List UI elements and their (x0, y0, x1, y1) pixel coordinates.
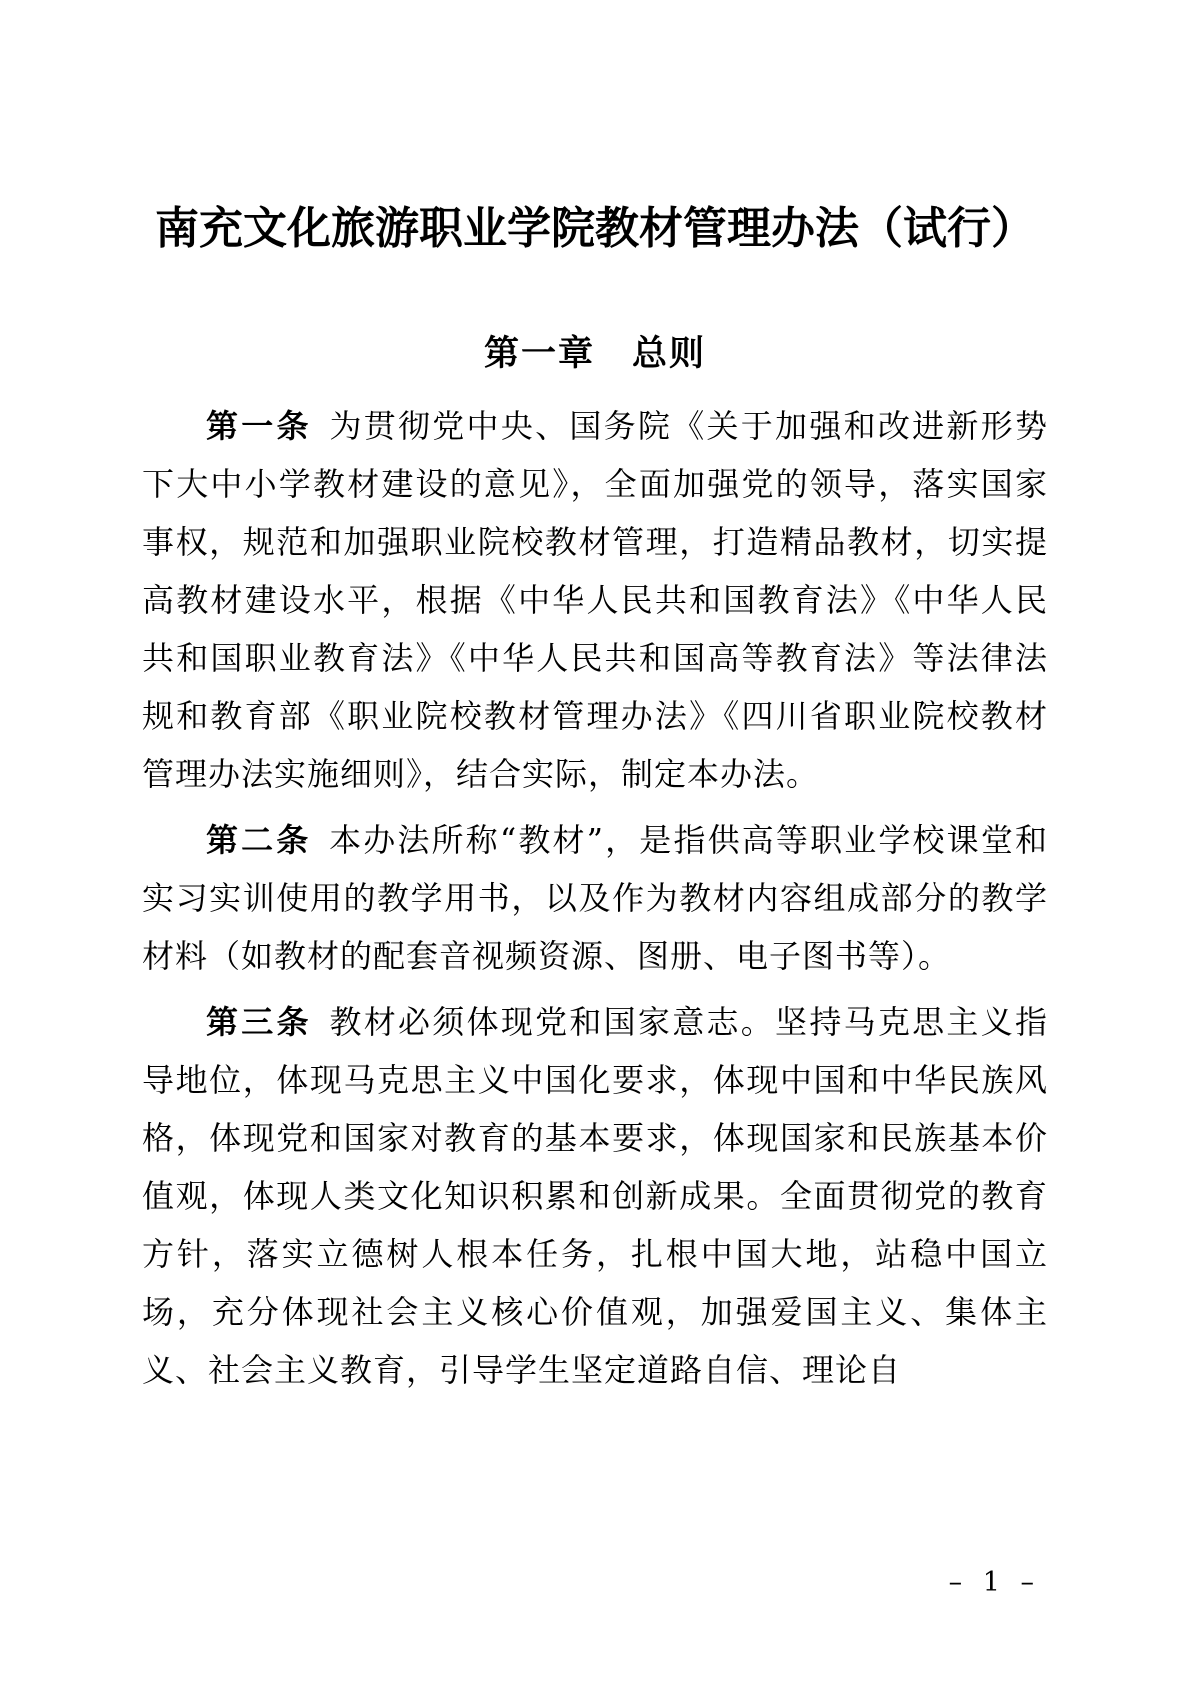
document-title: 南充文化旅游职业学院教材管理办法（试行） (142, 197, 1048, 261)
article-2-number: 第二条 (206, 821, 311, 859)
chapter-heading: 第一章 总则 (142, 330, 1048, 378)
page-number: – 1 – (949, 1566, 1040, 1600)
article-paragraph-1: 第一条为贯彻党中央、国务院《关于加强和改进新形势下大中小学教材建设的意见》，全面… (142, 397, 1048, 803)
article-3-number: 第三条 (206, 1003, 312, 1041)
article-3-text: 教材必须体现党和国家意志。坚持马克思主义指导地位，体现马克思主义中国化要求，体现… (142, 1003, 1048, 1389)
article-1-text: 为贯彻党中央、国务院《关于加强和改进新形势下大中小学教材建设的意见》，全面加强党… (142, 407, 1048, 793)
article-paragraph-3: 第三条教材必须体现党和国家意志。坚持马克思主义指导地位，体现马克思主义中国化要求… (142, 993, 1048, 1399)
document-page: 南充文化旅游职业学院教材管理办法（试行） 第一章 总则 第一条为贯彻党中央、国务… (0, 0, 1190, 1683)
document-body: 第一条为贯彻党中央、国务院《关于加强和改进新形势下大中小学教材建设的意见》，全面… (142, 397, 1048, 1399)
article-1-number: 第一条 (206, 407, 312, 445)
article-paragraph-2: 第二条本办法所称“教材”，是指供高等职业学校课堂和实习实训使用的教学用书，以及作… (142, 811, 1048, 985)
